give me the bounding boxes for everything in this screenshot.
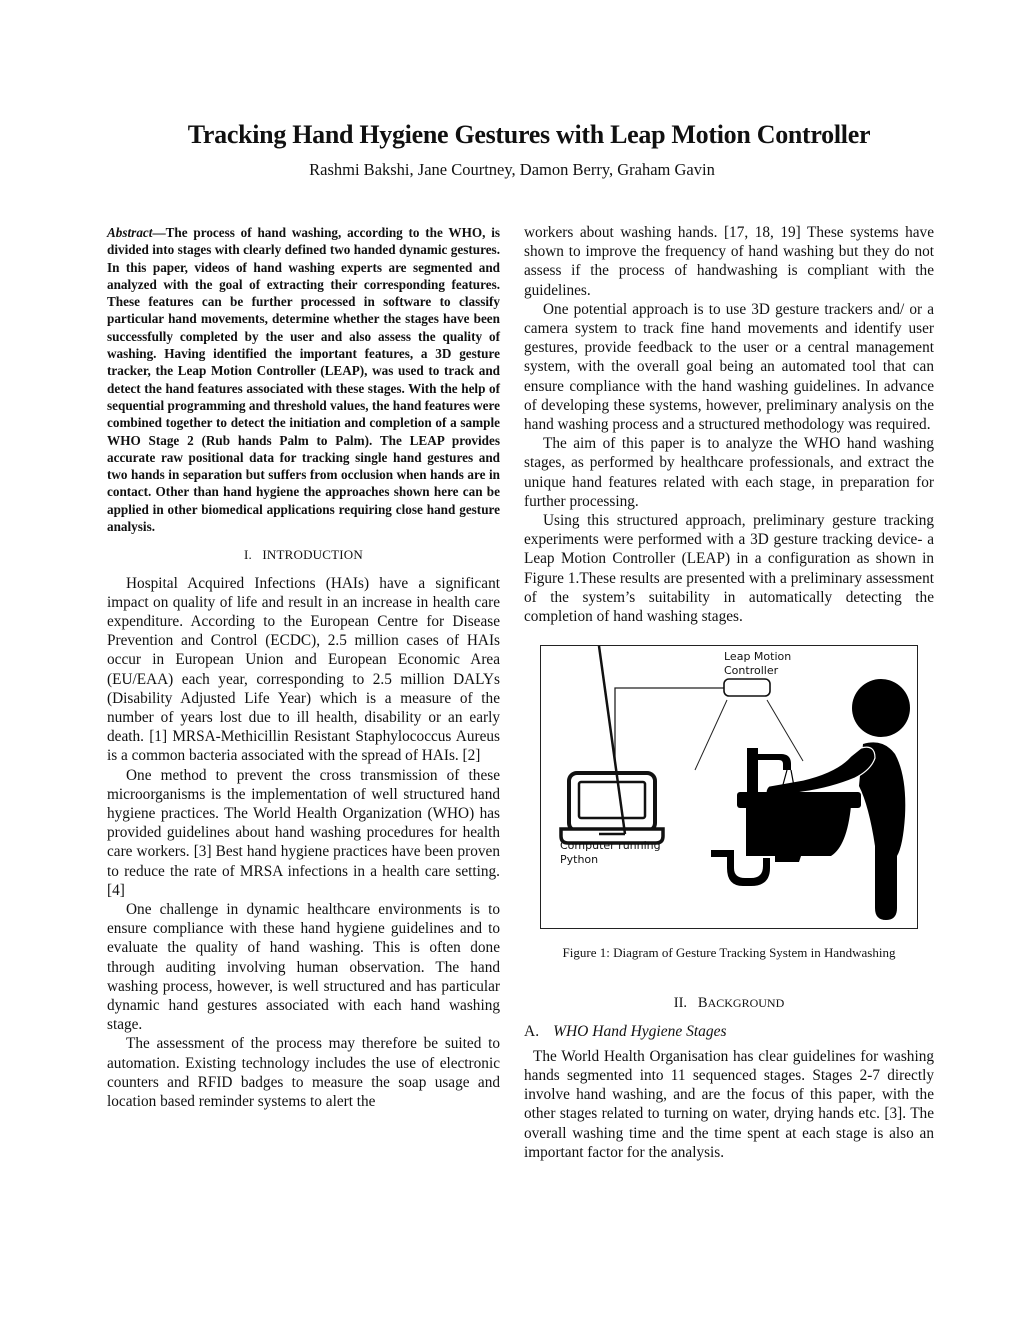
abstract-text: The process of hand washing, according t… [107,225,500,534]
abstract: Abstract—The process of hand washing, ac… [107,224,500,535]
intro-paragraph-5: One potential approach is to use 3D gest… [524,300,934,434]
cable-line [615,688,724,761]
gesture-tracking-diagram [541,646,917,928]
section-heading-background: II. BACKGROUND [524,994,934,1013]
field-of-view-right [767,700,803,761]
laptop-icon [561,646,663,843]
computer-label-line2: Python [560,853,661,867]
figure-1-caption: Figure 1: Diagram of Gesture Tracking Sy… [524,943,934,962]
subsection-title: WHO Hand Hygiene Stages [553,1023,726,1040]
intro-paragraph-2: One method to prevent the cross transmis… [107,766,500,900]
intro-paragraph-6: The aim of this paper is to analyze the … [524,434,934,511]
subsection-number: A. [524,1023,539,1040]
figure-1-diagram: Leap Motion Controller Computer running … [540,645,918,929]
intro-paragraph-1: Hospital Acquired Infections (HAIs) have… [107,574,500,766]
section-number: I. [244,547,252,562]
controller-label-line1: Leap Motion [724,650,791,664]
intro-paragraph-7: Using this structured approach, prelimin… [524,511,934,626]
controller-label-line2: Controller [724,664,791,678]
field-of-view-left [695,700,727,770]
background-paragraph-1: The World Health Organisation has clear … [524,1047,934,1162]
section-title: INTRODUCTION [262,547,363,562]
abstract-lead: Abstract [107,225,152,240]
leap-motion-controller-icon [724,679,770,696]
intro-paragraph-continued: workers about washing hands. [17, 18, 19… [524,223,934,300]
section-number: II. [674,995,687,1011]
section-title-initial: B [698,995,708,1011]
left-column: Abstract—The process of hand washing, ac… [107,224,500,1111]
intro-paragraph-3: One challenge in dynamic healthcare envi… [107,900,500,1034]
computer-label-line1: Computer running [560,839,661,853]
section-title-rest: ACKGROUND [708,996,785,1010]
right-column: workers about washing hands. [17, 18, 19… [524,223,934,1162]
intro-paragraph-4: The assessment of the process may theref… [107,1034,500,1111]
controller-label: Leap Motion Controller [724,650,791,677]
abstract-dash: — [152,225,165,240]
paper-authors: Rashmi Bakshi, Jane Courtney, Damon Berr… [0,160,1024,180]
section-heading-introduction: I. INTRODUCTION [107,545,500,564]
subsection-heading: A.WHO Hand Hygiene Stages [524,1022,934,1041]
computer-label: Computer running Python [560,839,661,866]
paper-title: Tracking Hand Hygiene Gestures with Leap… [0,120,1024,150]
